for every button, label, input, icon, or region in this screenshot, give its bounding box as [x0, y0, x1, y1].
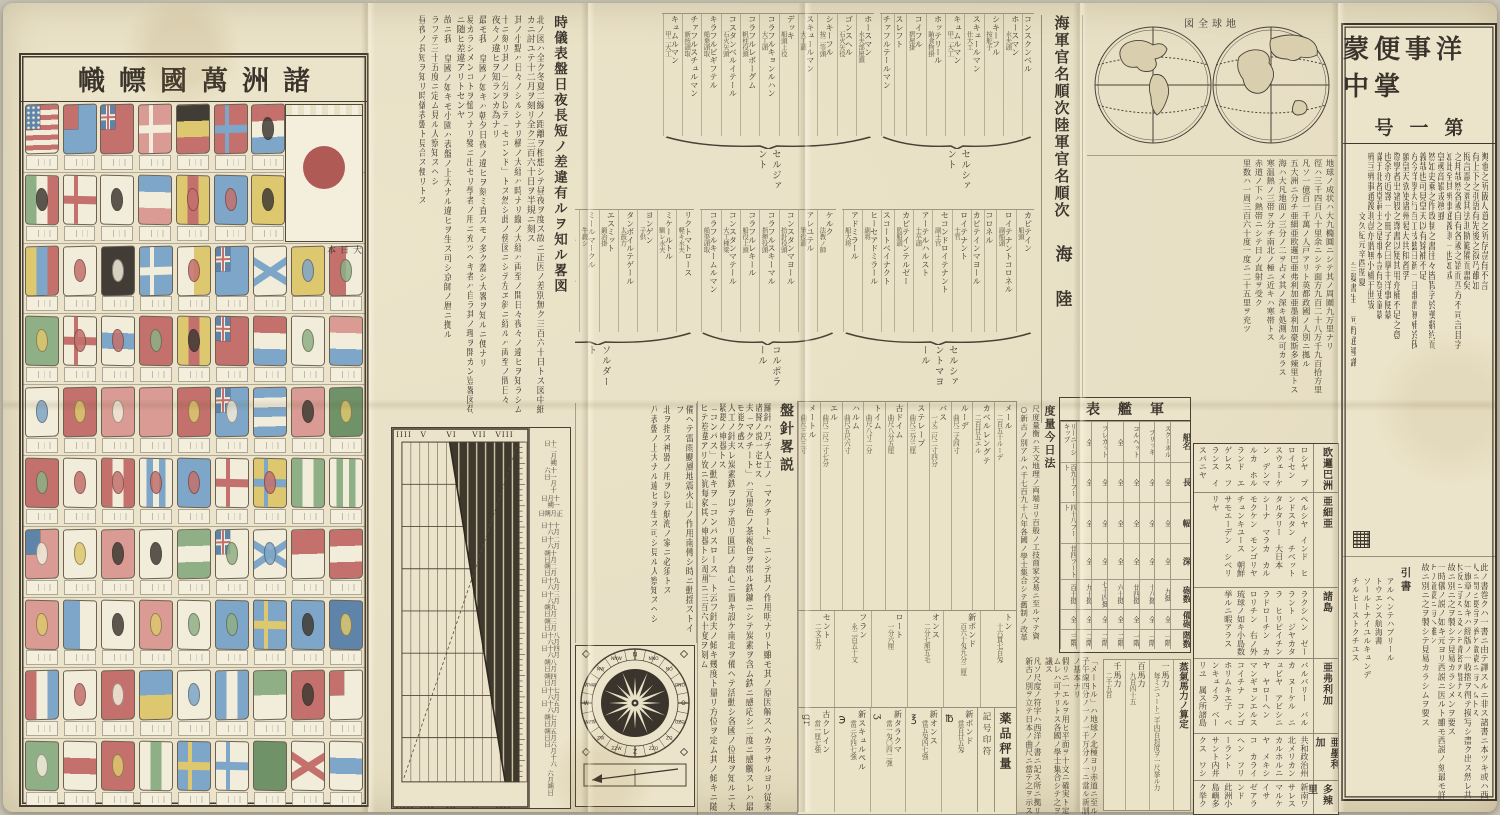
- flag-cell: [251, 314, 289, 384]
- flag-label: [64, 792, 96, 807]
- rank-item: キラフルビギフテル船乗頭取: [701, 14, 718, 136]
- svg-text:NO: NO: [666, 667, 673, 673]
- flag: [101, 741, 135, 792]
- flag: [139, 599, 173, 650]
- flag-emblem-icon: [74, 684, 86, 707]
- warship-cell: 全: [1107, 543, 1123, 579]
- preface-column: 方今洋學大行百工技藝日新一日誰謂無補於我: [1412, 152, 1418, 552]
- flag-cell: [175, 385, 213, 455]
- svg-text:O: O: [681, 700, 686, 707]
- flag: [253, 528, 287, 579]
- flag-cell: [99, 385, 137, 455]
- flag: [63, 599, 97, 650]
- text-column: 最モ我 皇國ノ如キハ朝夕日夜ノ違ヒヲ刻ミ直スモノ多ク蓋シ大畧ヲ知ルニ便ナリ: [476, 15, 486, 419]
- rank-item: チァフルテールマン: [881, 14, 892, 136]
- flag-label: [254, 438, 286, 453]
- flags-grid: 大日本: [21, 102, 367, 800]
- flag-label: [140, 792, 172, 807]
- flag-cell: [212, 102, 250, 172]
- rank-item: アレユテル筆役頭: [798, 210, 815, 332]
- flag-cell: [213, 739, 251, 807]
- daylength-chart: 十二月朔日十一月十六日十一月朔日正月朔日十月十六日二月十六日十月朔日二月朔日九月…: [391, 427, 571, 809]
- rank-item: ゴンスヘル石火矢役: [837, 14, 854, 136]
- brace-icon: [880, 136, 1034, 149]
- flag-emblem-icon: [36, 188, 48, 211]
- flag-cell: [213, 314, 251, 384]
- compass-figure: NNNONOONOOOZOZOZZOZZZWZWWZWWWNWNWNNW: [575, 645, 695, 807]
- measures-intro: 度量今日法 尺度量衡ハ天文地理ノ両端ヨリ百般ノ工技商家交易ニ至ルマテ資テ根原トセ…: [1017, 405, 1057, 645]
- flag-emblem-icon: [188, 259, 200, 282]
- flag-emblem-icon: [74, 542, 86, 565]
- flag: [25, 528, 59, 579]
- flag-cell: [99, 244, 137, 314]
- author-seal-icon: [1353, 531, 1370, 548]
- country-list: ラクシヘン ゼーラント ジヤカタラ ヒリピイチン ラドローチン カロリチン 右ノ…: [1194, 588, 1313, 658]
- flag-label: [140, 721, 172, 736]
- paper-sheet: 幟幖國萬洲諸 大日本 時儀表盤日夜長短ノ差違有ルヲ知ル畧図 北ノ図ハ全ク冬夏二線…: [3, 3, 1497, 812]
- flag-cell: [289, 598, 327, 668]
- flag-cell: [251, 244, 289, 314]
- world-map-hemispheres: 図全球地: [1089, 13, 1335, 151]
- flag: [291, 387, 325, 438]
- warship-cell: 七十四挺: [1091, 579, 1107, 608]
- rank-group-label: セルシァントマヨール: [917, 345, 959, 397]
- flag-label: [216, 650, 248, 665]
- flag: [215, 458, 249, 509]
- rank-item: ホースマン水夫部屋頭: [856, 14, 873, 136]
- rank-item: ロイテナント士官: [952, 210, 969, 332]
- flag: [329, 387, 363, 438]
- flag-emblem-icon: [188, 613, 200, 636]
- warship-grid: リーニーシキップ全フレガット全コルヘットブリッキスクーネル船名百九十フート全全全…: [1060, 421, 1190, 649]
- flag: [215, 670, 249, 721]
- flag-cell: [23, 173, 61, 243]
- flag: [101, 528, 135, 579]
- flag-cell: [23, 456, 61, 526]
- flag-emblem-icon: [264, 542, 276, 565]
- unit-entry: ロート一分六厘: [871, 611, 907, 707]
- flag-cell: [289, 527, 327, 597]
- flag-canton: [216, 317, 230, 341]
- flag-emblem-icon: [302, 330, 314, 353]
- flag: [25, 458, 59, 509]
- flag-cell: [251, 527, 289, 597]
- flag: [329, 741, 363, 792]
- flag-label: [330, 650, 362, 665]
- svg-text:ZZO: ZZO: [649, 746, 659, 752]
- text-column: 一時儀ノ説ノ如キ元ヨリ西説ニ因ルト雖モ西説ノ刻最モ詳ナリ童蒙ニ与ヘ難シ: [1432, 563, 1445, 801]
- flag-label: [102, 650, 134, 665]
- month-label: 七月朔日五月朔日: [530, 714, 570, 741]
- rank-item: カピテイン船頭: [1016, 210, 1033, 332]
- flag-label: [102, 792, 134, 807]
- month-label: 八月十六日四月十六日: [530, 632, 570, 659]
- text-column: ○新古ノ別アルハ千七百九十八年各國ノ學士集合シテ舊制ノ改革ヲ謀リ新制ヲ定メシ故ニ…: [1019, 405, 1028, 645]
- flag-label: [101, 155, 133, 170]
- region-name: 諸島: [1313, 588, 1338, 658]
- rank-item: ロイテナントコロネル副船頭: [996, 210, 1013, 332]
- flag-cell: [213, 244, 251, 314]
- preface-column: 願皇天欲使諸洲渇大共和者孚: [1403, 152, 1409, 552]
- flag-emblem-icon: [262, 188, 274, 211]
- flag-row: [23, 244, 365, 315]
- flag-emblem-icon: [112, 613, 124, 636]
- text-column: 八表盤ノ上大ナル違ヒヲ生ス可シ見ル人察知スヘシ: [648, 405, 658, 641]
- preface-column: 也余亦近譯一小冊子名曰掌中洋事便蒙: [1385, 152, 1391, 552]
- flag-emblem-icon: [74, 259, 86, 282]
- issue-number: 号一第: [1358, 113, 1479, 140]
- unit-entry: 一馬力毎ミニュート二千四百封度ヲ一尺挙ル力: [1149, 660, 1173, 810]
- flag: [253, 741, 287, 792]
- flag: [215, 599, 249, 650]
- flag-label: [216, 721, 248, 736]
- month-label: 十二月朔日: [530, 440, 570, 467]
- flag: [139, 670, 173, 721]
- flag-cell: [136, 173, 174, 243]
- preface-column: 義哉也可見皇天以有餘補不足: [1420, 152, 1426, 552]
- flag-label: [216, 792, 248, 807]
- flag-label: [139, 226, 171, 241]
- land-label: 陸: [1050, 290, 1075, 309]
- compass-explanation: 盤針畧説 羅針ハ乃チ人工ノ「マクチート」ニシテ其ノ作用明ナリト雖モ其ノ原因解スヘ…: [697, 401, 798, 815]
- flag: [63, 316, 97, 367]
- svg-text:WZW: WZW: [584, 720, 596, 726]
- rank-item: ホッテリール賄食物掛: [926, 14, 943, 136]
- flag-cell: [137, 244, 175, 314]
- rank-item: ホースマン水夫頭: [1003, 14, 1020, 136]
- cited-works-list: アルヘンテハブリールトウエンス航海書ソールトナイユルキュンデチルヒーストクチユス: [1349, 563, 1396, 801]
- flag: [176, 174, 210, 225]
- text-column: 夫「マクチート」ハ元黒色ノ茶褐色ヲ帯ル鉄鑛ニシテ炭素ヲ含ム鉄ニ感応シ二度ニ感觸ス…: [738, 403, 753, 815]
- flag-cell: [23, 739, 61, 807]
- flag-cell: [175, 739, 213, 807]
- rank-item: コンスタンマテール大工棟梁: [721, 210, 738, 332]
- warship-cell: 全: [1123, 502, 1139, 543]
- preface: 輿地之所載人道之所存豈有不言有上下之別語有先後之叙乃雖如拇言霊之園其法則軌範備而…: [1343, 144, 1495, 557]
- flag-cell: [289, 314, 327, 384]
- flag-cell: [99, 527, 137, 597]
- flag-cell: [213, 385, 251, 455]
- scanned-broadside: 幟幖國萬洲諸 大日本 時儀表盤日夜長短ノ差違有ルヲ知ル畧図 北ノ図ハ全ク冬夏二線…: [0, 0, 1500, 815]
- text-column: トウエンス航海書: [1374, 577, 1383, 801]
- flag-cell: [175, 668, 213, 738]
- flag-label: [64, 650, 96, 665]
- text-column: 徑ハ三千四百八十里余ニシテ面方九百二十八万千九百拾方里: [1314, 159, 1323, 445]
- flag-label: [254, 509, 286, 524]
- daylength-plot: [392, 428, 529, 808]
- flag: [25, 387, 59, 438]
- flag: [63, 174, 97, 225]
- rank-group: リクトマトロース軽キ水夫ミケールトル馴レ水夫ヨンゲン子供タンボイルテゲール太鼓方…: [575, 209, 694, 397]
- text-column: 北ヲ指ス神器ノ用ヲ以テ航海ノ家ニ必須トス: [660, 405, 670, 641]
- rank-group: カピテイン船頭ロイテナントコロネル副船頭コロネルカピテインマヨールロイテナント士…: [842, 209, 1034, 397]
- warship-row-label: 幅: [1170, 502, 1190, 543]
- text-column: 人工ノ針夫レ炭素鉄ヲ以テ造リ圓匡ノ直心ニ置キ設ケ南北ヲ備ヘテ活動シ各國ノ位地ヲ知…: [720, 403, 735, 815]
- flag-row: [23, 314, 365, 385]
- flag-cell: [61, 102, 99, 172]
- flag: [63, 387, 97, 438]
- unit-entry: オンス二分七厘五毛: [907, 611, 943, 707]
- flag: [291, 245, 325, 296]
- flag-emblem-icon: [150, 471, 162, 494]
- signature: 白髮書生 河野通種識: [1351, 262, 1357, 552]
- flag-row: [23, 385, 365, 456]
- flag-cell: [61, 173, 99, 243]
- flag-label: [254, 792, 286, 807]
- flag-label: [292, 367, 324, 382]
- flag-emblem-icon: [150, 330, 162, 353]
- flag-emblem-icon: [226, 400, 238, 423]
- flag-cell: [137, 314, 175, 384]
- rank-item: デッキ船頭上役: [779, 14, 796, 136]
- flag-cell: [61, 739, 99, 807]
- warship-cell: 全: [1154, 462, 1170, 503]
- flag: [101, 670, 135, 721]
- flag-label: [64, 509, 96, 524]
- flag: [101, 458, 135, 509]
- text-column: 故ニ別ニ之ヲ製シテ見易カラシメンヲ要ス: [1448, 563, 1455, 801]
- flag-label: [254, 296, 286, 311]
- text-column: 假リニ一エルヲ用ヒ平面ヲ十文ニ確実ト定ムレハ可ナリトス各國ノ學士集合シテ之ヲ議ス: [1044, 657, 1069, 815]
- geography-stats: 地球ノ成状ハ大九橢圓ニシテ其ノ周圍九万里ナリ徑ハ三千四百八十里余ニシテ面方九百二…: [1087, 155, 1337, 448]
- rank-item: エスミット鍛冶掛: [599, 210, 616, 332]
- region-name: 亜細亜: [1313, 493, 1338, 587]
- flag-emblem-icon: [36, 754, 48, 777]
- flag-cell: [327, 598, 365, 668]
- warship-cell: 廿四フート: [1060, 543, 1076, 579]
- flag-label: [64, 296, 96, 311]
- unit-entry: バス一丈二尺二寸四分: [929, 402, 951, 610]
- flag: [177, 387, 211, 438]
- flag: [63, 528, 97, 579]
- flag-label: [216, 438, 248, 453]
- flag-label: [178, 296, 210, 311]
- rank-item: ヨンゲン子供: [637, 210, 654, 332]
- flag: [253, 245, 287, 296]
- flag-cell: [289, 385, 327, 455]
- flag: [251, 174, 285, 225]
- rank-item: コラフルキョンルハン大工頭: [759, 14, 776, 136]
- cited-works-header: 引書: [1399, 567, 1414, 801]
- flag-cell: [289, 668, 327, 738]
- rank-item: シキーフル按舵手: [984, 14, 1001, 136]
- flag-label: [292, 296, 324, 311]
- rank-item: コラフルキームルマン船渠頭取: [701, 210, 718, 332]
- title-panel: 蒙便事洋中掌 号一第 輿地之所載人道之所存豈有不言有上下之別語有先後之叙乃雖如拇…: [1341, 23, 1497, 801]
- flag: [25, 316, 59, 367]
- flag-label: [216, 296, 248, 311]
- warship-row-label: 備砲: [1170, 609, 1190, 629]
- main-title: 蒙便事洋中掌: [1343, 29, 1495, 103]
- region-name: 欧邏巴洲: [1313, 444, 1338, 492]
- flag-emblem-icon: [36, 613, 48, 636]
- date-line: 文久紀元辛酉閏夏: [1359, 212, 1364, 552]
- flag-emblem-icon: [36, 471, 48, 494]
- flag-cell: [175, 314, 213, 384]
- flag: [25, 670, 59, 721]
- flag-label: [254, 721, 286, 736]
- flag-emblem-icon: [340, 613, 352, 636]
- flag-cell: [61, 598, 99, 668]
- flag-label: [330, 296, 362, 311]
- flag: [291, 741, 325, 792]
- flag-cell: [251, 456, 289, 526]
- flag: [63, 741, 97, 792]
- warship-cell: 十八挺: [1139, 579, 1155, 608]
- text-column: 「コンパス」ノ動キヲ「コンパスロース」ト云フ針夫ノ傾キ幾度ト量リ方位ヲ定ム其ノ傾…: [702, 403, 717, 815]
- region-row: 欧邏巴洲ロシヤ プロイセン スウェーケン デンマルカ ホルランド エゲレス フラ…: [1194, 444, 1338, 493]
- flag-canton: [330, 671, 344, 695]
- month-label: 六月朔日: [530, 769, 570, 796]
- chart-month-scale: 十二月朔日十一月十六日十一月朔日正月朔日十月十六日二月十六日十月朔日二月朔日九月…: [529, 428, 570, 808]
- flag-label: [252, 155, 284, 170]
- flag-cell: [137, 456, 175, 526]
- flag: [25, 599, 59, 650]
- warship-cell: 全: [1091, 502, 1107, 543]
- flag-label: [102, 721, 134, 736]
- rank-item: スコールメーストル筆算ノ師: [575, 210, 577, 332]
- rank-item: リクトマトロース軽キ水夫: [676, 210, 693, 332]
- flag-emblem-icon: [264, 471, 276, 494]
- preface-column: 輿地之所載人道之所存豈有不言: [1482, 152, 1488, 552]
- text-column: 羅針ハ乃チ人工ノ「マクチート」ニシテ其ノ作用明ナリト雖モ其ノ原因解スヘカラサルヨ…: [756, 403, 771, 815]
- flag-cell: [98, 173, 136, 243]
- text-column: 故ニ別ニ之ヲ製シテ見易カラシムヲ要ス: [1422, 563, 1429, 801]
- main-title-box: 蒙便事洋中掌 号一第: [1343, 25, 1495, 144]
- flag-label: [292, 509, 324, 524]
- flag: [177, 528, 211, 579]
- flag-row: [23, 598, 365, 669]
- flag-cell: [175, 456, 213, 526]
- flag-cell: [61, 668, 99, 738]
- warship-cell: 一階: [1154, 629, 1170, 649]
- flag: [291, 316, 325, 367]
- flag: [101, 599, 135, 650]
- month-label: 十月十六日二月十六日: [530, 522, 570, 549]
- length-units-grid: メール二百五十ルーデカベルレングテ二百廿五エルルーデ曲尺二丈四寸バス一丈二尺二寸…: [798, 402, 1016, 611]
- warship-cell: 全: [1123, 462, 1139, 503]
- rank-item: コラフルレキール船役上頭: [740, 210, 757, 332]
- flag-cell: [137, 598, 175, 668]
- flag-label: [330, 438, 362, 453]
- compass-explanation-header: 盤針畧説: [776, 403, 796, 815]
- flag: [101, 245, 135, 296]
- flag: [100, 174, 134, 225]
- flag-cell: [213, 527, 251, 597]
- brace-icon: [662, 136, 875, 149]
- warship-cell: 一階: [1139, 629, 1155, 649]
- flag-label: [140, 438, 172, 453]
- warship-cell: 一階: [1123, 629, 1139, 649]
- japan-flag: 大日本: [285, 104, 363, 242]
- region-row: 亜細亜ペルシヤ インド ヒンドスタン チベット タルタリー 大日本 シーナ マラ…: [1194, 493, 1338, 588]
- rank-item: タンボイルテゲール太鼓方: [618, 210, 635, 332]
- flag: [177, 245, 211, 296]
- preface-column: 皇國音韻成熟風: [1438, 152, 1444, 552]
- text-column: 五大洲ニ分チ亜細亜欧邏巴亜弗利加亜墨利加豪斯多辣里トス: [1290, 159, 1299, 445]
- flag-label: [26, 438, 58, 453]
- rank-item: シキーフル按二等頭: [817, 14, 834, 136]
- flag-emblem-icon: [340, 400, 352, 423]
- warship-cell: 九挺: [1154, 579, 1170, 608]
- flag-label: [330, 721, 362, 736]
- flag: [214, 104, 248, 155]
- world-map-label: 図全球地: [1184, 15, 1240, 30]
- flag-label: [140, 650, 172, 665]
- rank-item: コイフル摺屋掛: [906, 14, 923, 136]
- flag-emblem-icon: [74, 330, 86, 353]
- compass-rose: NNNONOONOOOZOZOZZOZZZWZWWZWWWNWNWNNW: [578, 646, 692, 760]
- text-column: 昼夜ノ長短ヲ知リ時儀表盤ト見合ス便リトス: [416, 15, 426, 419]
- flag-label: [178, 580, 210, 595]
- month-label: 十一月十六日: [530, 467, 570, 494]
- warship-row-label: 階数: [1170, 629, 1190, 649]
- flag-label: [292, 721, 324, 736]
- flag: [253, 458, 287, 509]
- rank-group-label: コルポラール: [754, 345, 782, 397]
- flag-label: [292, 650, 324, 665]
- flag-label: [26, 650, 58, 665]
- text-column: 尺度量衡ハ天文地理ノ両端ヨリ百般ノ工技商家交易ニ至ルマテ資テ根原トセサルハナシ然…: [1031, 405, 1040, 645]
- preface-column: 滿于北者當嗣出之是維本豈有為使童蒙: [1377, 152, 1383, 552]
- rank-item: ケルク法教ノ師: [817, 210, 834, 332]
- flag-label: [215, 226, 247, 241]
- flag-cell: [137, 739, 175, 807]
- flag-cell: [99, 456, 137, 526]
- warship-cell: 全: [1123, 543, 1139, 579]
- text-column: 海ハ大凡地面ノ三分ノ二ヲ占メ其ノ深キ処測ル可カラス: [1278, 159, 1287, 445]
- flag-row: [23, 527, 365, 598]
- rank-item: ミールマークル牛殺シ: [579, 210, 596, 332]
- warship-cell: 全: [1139, 502, 1155, 543]
- flag-label: [140, 296, 172, 311]
- flag-emblem-icon: [188, 471, 200, 494]
- text-column: 赤道ノ下ハ熱帯ニシテ日ノ直射ヲ受ク: [1254, 159, 1263, 445]
- month-label: 九月朔日三月朔日: [530, 604, 570, 631]
- flag-label: [292, 792, 324, 807]
- flag-cell: [327, 385, 365, 455]
- flag: [139, 387, 173, 438]
- brace-icon: [700, 332, 835, 345]
- note-columns: 此ノ書巻クハ一書ニ由テ譯スルニ非ス諸書ニ本ツキ或ハ西人ニ問ヒ要旨ヲ挙ケ童蒙ニ与ヘ…: [1421, 563, 1490, 801]
- flag-emblem-icon: [302, 400, 314, 423]
- flag-label: [102, 580, 134, 595]
- flag-label: [177, 155, 209, 170]
- text-column: 地球ノ成状ハ大九橢圓ニシテ其ノ周圍九万里ナリ: [1326, 159, 1335, 445]
- rank-item: コラフルスキーマル指揮役頭: [759, 210, 776, 332]
- flag-row: [23, 739, 365, 807]
- flag-label: [215, 155, 247, 170]
- rank-item: キュムルマン甲二大工: [945, 14, 962, 136]
- flag-cell: [61, 385, 99, 455]
- preface-column: 然如史乘之作政制之書往々皆假字於漢辭約而: [1429, 152, 1435, 552]
- text-column: 其ノ小點ハ日々ノシルシナリ横ノ大経ハ時ナリ縦ノ大経ハ両至ノ間日々夜々ノ違ヒヲ知ラ…: [511, 15, 521, 419]
- unit-entry: 古クレイン當一厘七強gr: [798, 708, 834, 812]
- flag: [291, 670, 325, 721]
- flag-cell: [99, 598, 137, 668]
- preface-column: 際學者出諸般之譯書以便其用亦補不足之意: [1394, 152, 1400, 552]
- editorial-notes: 此ノ書巻クハ一書ニ由テ譯スルニ非ス諸書ニ本ツキ或ハ西人ニ問ヒ要旨ヲ挙ケ童蒙ニ与ヘ…: [1343, 557, 1495, 801]
- flag: [101, 387, 135, 438]
- flag-cell: [137, 527, 175, 597]
- army-ranks-header: 陸軍官名順次: [1052, 117, 1073, 219]
- flag-cell: [99, 668, 137, 738]
- flag: [215, 741, 249, 792]
- flag-cell: [175, 527, 213, 597]
- flag-cell: [136, 102, 174, 172]
- warship-cell: 全: [1060, 609, 1076, 629]
- preface-column: 之邦哉然各國自有各國之語而四方不同言且字: [1455, 152, 1461, 552]
